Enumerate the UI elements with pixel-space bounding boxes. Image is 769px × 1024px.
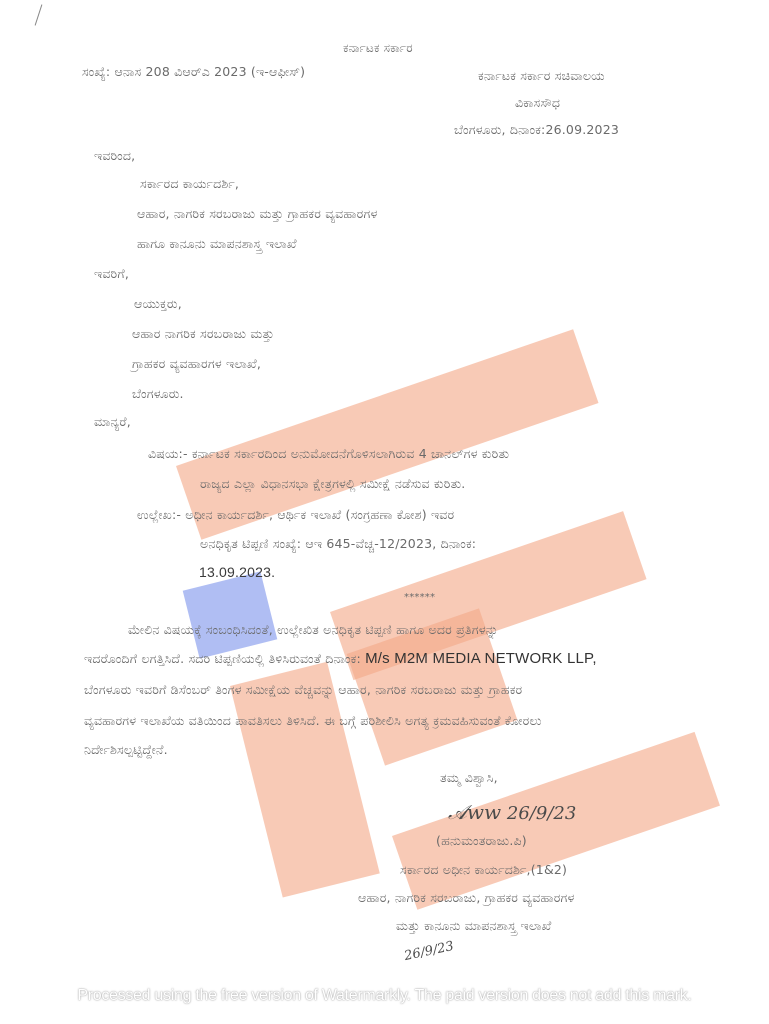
body-line-3: ಬೆಂಗಳೂರು ಇವರಿಗೆ ಡಿಸೆಂಬರ್ ತಿಂಗಳ ಸಮೀಕ್ಷೆಯ … [84, 682, 522, 698]
yours-faithfully: ತಮ್ಮ ವಿಶ್ವಾಸಿ, [440, 770, 498, 786]
subject-line-2: ರಾಜ್ಯದ ಎಲ್ಲಾ ವಿಧಾನಸಭಾ ಕ್ಷೇತ್ರಗಳಲ್ಲಿ ಸಮೀಕ… [200, 476, 465, 492]
to-line-4: ಬೆಂಗಳೂರು. [132, 386, 184, 402]
reference-number: ಸಂಖ್ಯೆ: ಆನಾಸ 208 ವಿಆರ್‌ಎ 2023 (ಇ-ಆಫೀಸ್) [82, 64, 305, 80]
designation: ಸರ್ಕಾರದ ಅಧೀನ ಕಾರ್ಯದರ್ಶಿ,(1&2) [400, 862, 567, 878]
reference-number-text: ಸಂಖ್ಯೆ: ಆನಾಸ 208 ವಿಆರ್‌ಎ 2023 (ಇ-ಆಫೀಸ್) [82, 64, 305, 79]
from-line-3: ಹಾಗೂ ಕಾನೂನು ಮಾಪನಶಾಸ್ತ್ರ ಇಲಾಖೆ [137, 236, 297, 252]
reference-line-3: 13.09.2023. [199, 564, 275, 580]
to-line-2: ಆಹಾರ ನಾಗರಿಕ ಸರಬರಾಜು ಮತ್ತು [132, 326, 274, 342]
body-line-5: ನಿರ್ದೇಶಿಸಲ್ಪಟ್ಟಿದ್ದೇನೆ. [84, 742, 168, 758]
watermark-square-blue [183, 571, 278, 658]
reference-line-1: ಉಲ್ಲೇಖ:- ಅಧೀನ ಕಾರ್ಯದರ್ಶಿ, ಆರ್ಥಿಕ ಇಲಾಖೆ (… [137, 507, 454, 523]
salutation: ಮಾನ್ಯರೆ, [94, 414, 131, 430]
to-line-3: ಗ್ರಾಹಕರ ವ್ಯವಹಾರಗಳ ಇಲಾಖೆ, [132, 356, 261, 372]
body-line-4: ವ್ಯವಹಾರಗಳ ಇಲಾಖೆಯ ವತಿಯಿಂದ ಪಾವತಿಸಲು ತಿಳಿಸಿ… [84, 713, 542, 729]
initial-mark: 26/9/23 [403, 939, 455, 964]
pen-mark [35, 4, 43, 25]
signature-date: 26/9/23 [507, 803, 576, 824]
company-name: M/s M2M MEDIA NETWORK LLP, [365, 650, 597, 667]
government-title: ಕರ್ನಾಟಕ ಸರ್ಕಾರ [343, 40, 413, 56]
watermark-text: Processed using the free version of Wate… [0, 987, 769, 1005]
from-label: ಇವರಿಂದ, [94, 148, 135, 164]
building: ವಿಕಾಸಸೌಧ [515, 95, 560, 111]
to-line-1: ಆಯುಕ್ತರು, [134, 296, 182, 312]
separator: ****** [404, 590, 435, 606]
signature: 𝒜ww 26/9/23 [448, 800, 576, 824]
to-label: ಇವರಿಗೆ, [94, 266, 129, 282]
department-line-1: ಆಹಾರ, ನಾಗರಿಕ ಸರಬರಾಜು, ಗ್ರಾಹಕರ ವ್ಯವಹಾರಗಳ [358, 890, 574, 906]
reference-line-2: ಅನಧಿಕೃತ ಟಿಪ್ಪಣಿ ಸಂಖ್ಯೆ: ಆಇ 645-ವೆಚ್ಚ-12/… [200, 536, 476, 552]
subject-line-1: ವಿಷಯ:- ಕರ್ನಾಟಕ ಸರ್ಕಾರದಿಂದ ಅನುಮೋದನೆಗೊಳಿಸಲ… [148, 446, 509, 462]
department-line-2: ಮತ್ತು ಕಾನೂನು ಮಾಪನಶಾಸ್ತ್ರ ಇಲಾಖೆ [396, 918, 551, 934]
from-line-2: ಆಹಾರ, ನಾಗರಿಕ ಸರಬರಾಜು ಮತ್ತು ಗ್ರಾಹಕರ ವ್ಯವಹ… [137, 206, 377, 222]
from-line-1: ಸರ್ಕಾರದ ಕಾರ್ಯದರ್ಶಿ, [140, 176, 239, 192]
body-line-1: ಮೇಲಿನ ವಿಷಯಕ್ಕೆ ಸಂಬಂಧಿಸಿದಂತೆ, ಉಲ್ಲೇಖಿತ ಅನ… [128, 622, 499, 638]
body-line-2: ಇದರೊಂದಿಗೆ ಲಗತ್ತಿಸಿದೆ. ಸದರಿ ಟಿಪ್ಪಣಿಯಲ್ಲಿ … [84, 651, 597, 667]
initial-date: 26/9/23 [403, 939, 455, 964]
signature-scribble: 𝒜ww [448, 800, 501, 824]
body-line-2-text: ಇದರೊಂದಿಗೆ ಲಗತ್ತಿಸಿದೆ. ಸದರಿ ಟಿಪ್ಪಣಿಯಲ್ಲಿ … [84, 651, 361, 666]
secretariat: ಕರ್ನಾಟಕ ಸರ್ಕಾರ ಸಚಿವಾಲಯ [478, 68, 605, 84]
place-date: ಬೆಂಗಳೂರು, ದಿನಾಂಕ:26.09.2023 [454, 122, 619, 138]
signatory-name: (ಹನುಮಂತರಾಜು.ಪಿ) [436, 833, 527, 849]
